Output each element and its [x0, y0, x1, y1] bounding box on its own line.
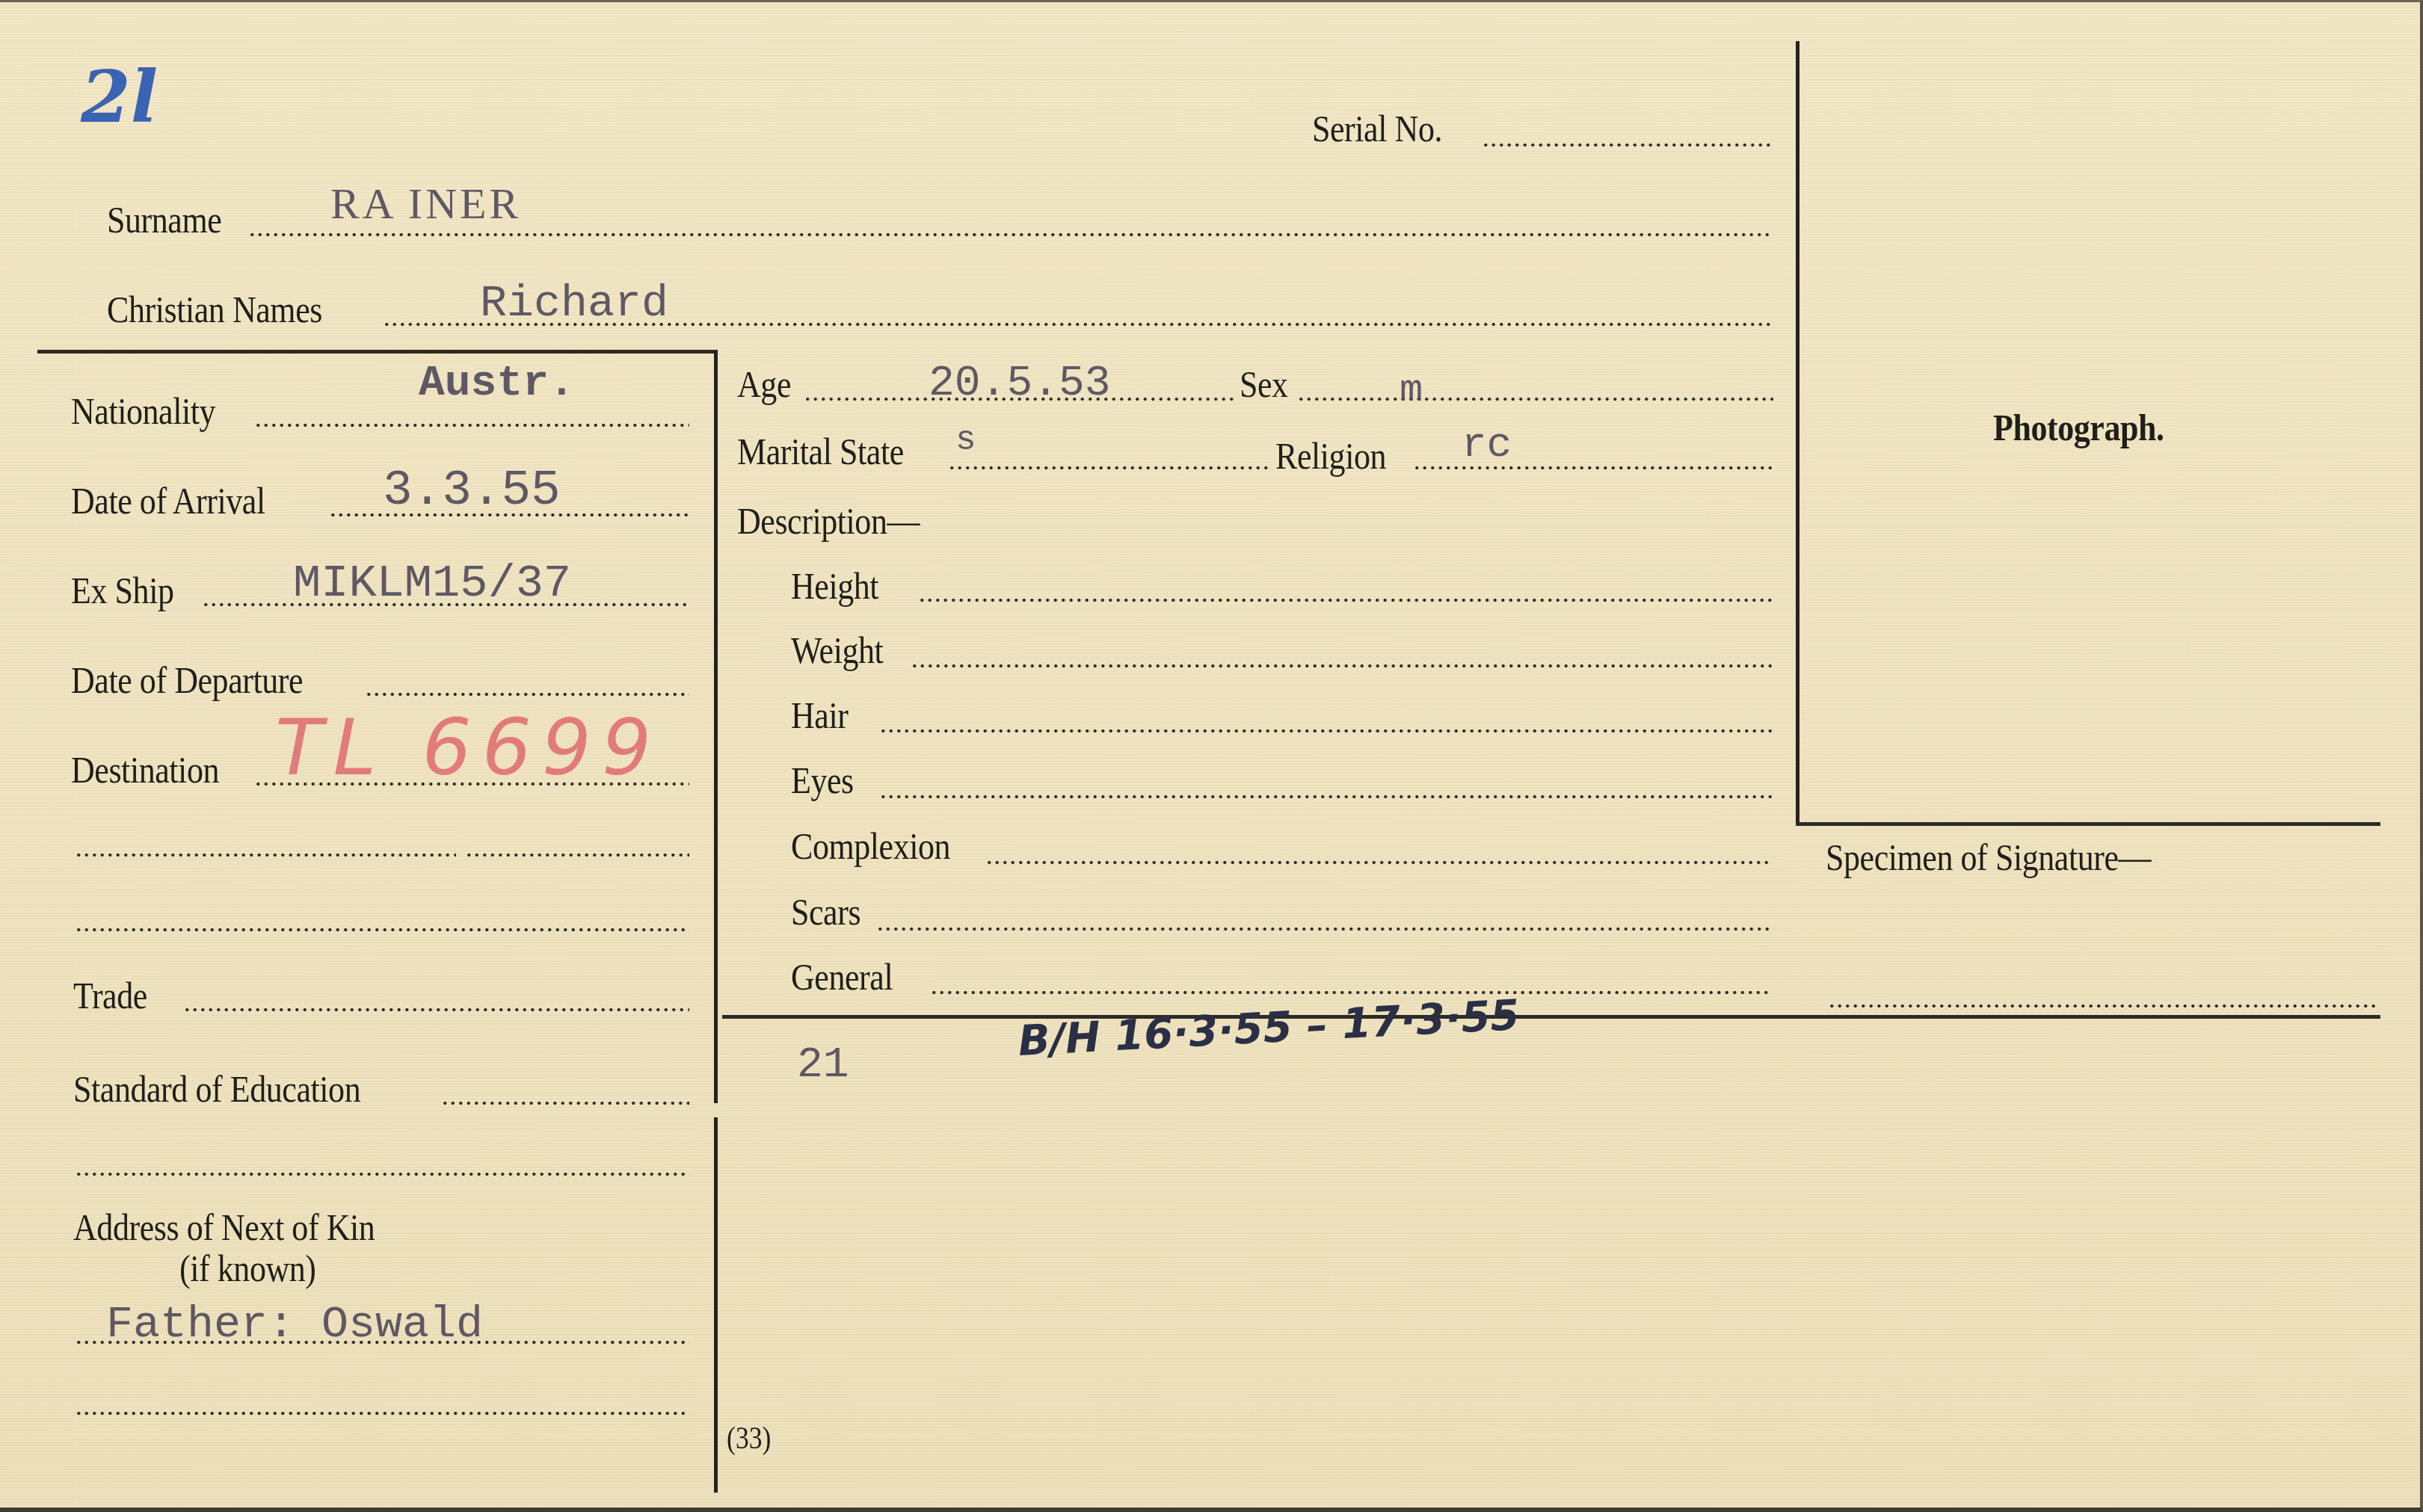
destination-label: Destination [71, 748, 219, 792]
blank-line-2[interactable] [75, 928, 689, 932]
nationality-value: Austr. [419, 360, 575, 408]
christian-names-label: Christian Names [107, 288, 322, 331]
standard-of-education-field[interactable] [441, 1101, 689, 1105]
surname-value: RA INER [330, 179, 521, 229]
middle-bottom-rule [722, 1015, 2380, 1019]
age-value: 20.5.53 [929, 360, 1111, 408]
photo-box-left-rule [1796, 41, 1799, 824]
age-label: Age [737, 362, 791, 406]
handwritten-dates-note: B/H 16·3·55 – 17·3·55 [1017, 991, 1521, 1066]
destination-handwritten-value: TL 6699 [275, 702, 662, 793]
description-heading: Description— [737, 499, 920, 543]
nationality-label: Nationality [71, 389, 215, 433]
ex-ship-label: Ex Ship [71, 569, 174, 612]
date-of-arrival-label: Date of Arrival [71, 479, 265, 522]
blank-line-1b[interactable] [465, 853, 689, 857]
sex-label: Sex [1240, 362, 1288, 406]
left-top-rule [37, 350, 718, 354]
next-of-kin-value: Father: Oswald [106, 1300, 483, 1351]
blank-line-1a[interactable] [75, 853, 456, 857]
complexion-label: Complexion [791, 824, 950, 868]
religion-label: Religion [1275, 434, 1386, 478]
signature-label: Specimen of Signature— [1826, 836, 2151, 879]
general-field[interactable] [930, 990, 1770, 995]
typed-note-number: 21 [797, 1041, 849, 1090]
marital-state-field[interactable] [948, 466, 1269, 470]
middle-divider-lower [714, 1117, 718, 1493]
next-of-kin-label: Address of Next of Kin [73, 1206, 375, 1249]
hair-label: Hair [791, 694, 848, 737]
hair-field[interactable] [879, 729, 1773, 733]
surname-label: Surname [107, 198, 221, 241]
weight-field[interactable] [911, 664, 1773, 668]
form-number: (33) [727, 1421, 771, 1457]
sex-field[interactable] [1297, 397, 1773, 401]
ex-ship-value: MIKLM15/37 [293, 557, 571, 610]
serial-no-field[interactable] [1482, 143, 1773, 147]
photograph-box[interactable] [1802, 47, 2377, 821]
eyes-field[interactable] [879, 794, 1773, 799]
blank-line-3[interactable] [75, 1172, 689, 1176]
next-of-kin-field-2[interactable] [75, 1411, 689, 1416]
height-field[interactable] [918, 598, 1773, 602]
scars-field[interactable] [876, 927, 1770, 931]
height-label: Height [791, 564, 878, 608]
marital-state-value: s [955, 421, 976, 460]
date-of-arrival-value: 3.3.55 [383, 463, 561, 519]
scars-label: Scars [791, 890, 860, 934]
serial-no-label: Serial No. [1312, 107, 1442, 150]
registration-card: 2l Serial No. Surname RA INER Christian … [0, 0, 2423, 1512]
general-label: General [791, 955, 893, 999]
photo-box-bottom-rule [1796, 822, 2380, 826]
middle-divider-upper [714, 350, 718, 1103]
trade-label: Trade [73, 974, 147, 1017]
eyes-label: Eyes [791, 759, 854, 802]
date-of-departure-field[interactable] [365, 692, 689, 697]
corner-handwritten-mark: 2l [81, 55, 158, 139]
nationality-field[interactable] [254, 423, 689, 428]
christian-names-value: Richard [480, 279, 668, 330]
sex-value: m [1400, 368, 1423, 413]
date-of-departure-label: Date of Departure [71, 658, 303, 702]
standard-of-education-label: Standard of Education [73, 1067, 360, 1111]
complexion-field[interactable] [985, 860, 1770, 865]
next-of-kin-sublabel: (if known) [179, 1247, 316, 1290]
surname-field[interactable] [248, 232, 1773, 237]
weight-label: Weight [791, 629, 883, 672]
trade-field[interactable] [183, 1008, 689, 1012]
signature-field[interactable] [1828, 1004, 2380, 1008]
religion-value: rc [1462, 421, 1512, 469]
marital-state-label: Marital State [737, 430, 904, 473]
